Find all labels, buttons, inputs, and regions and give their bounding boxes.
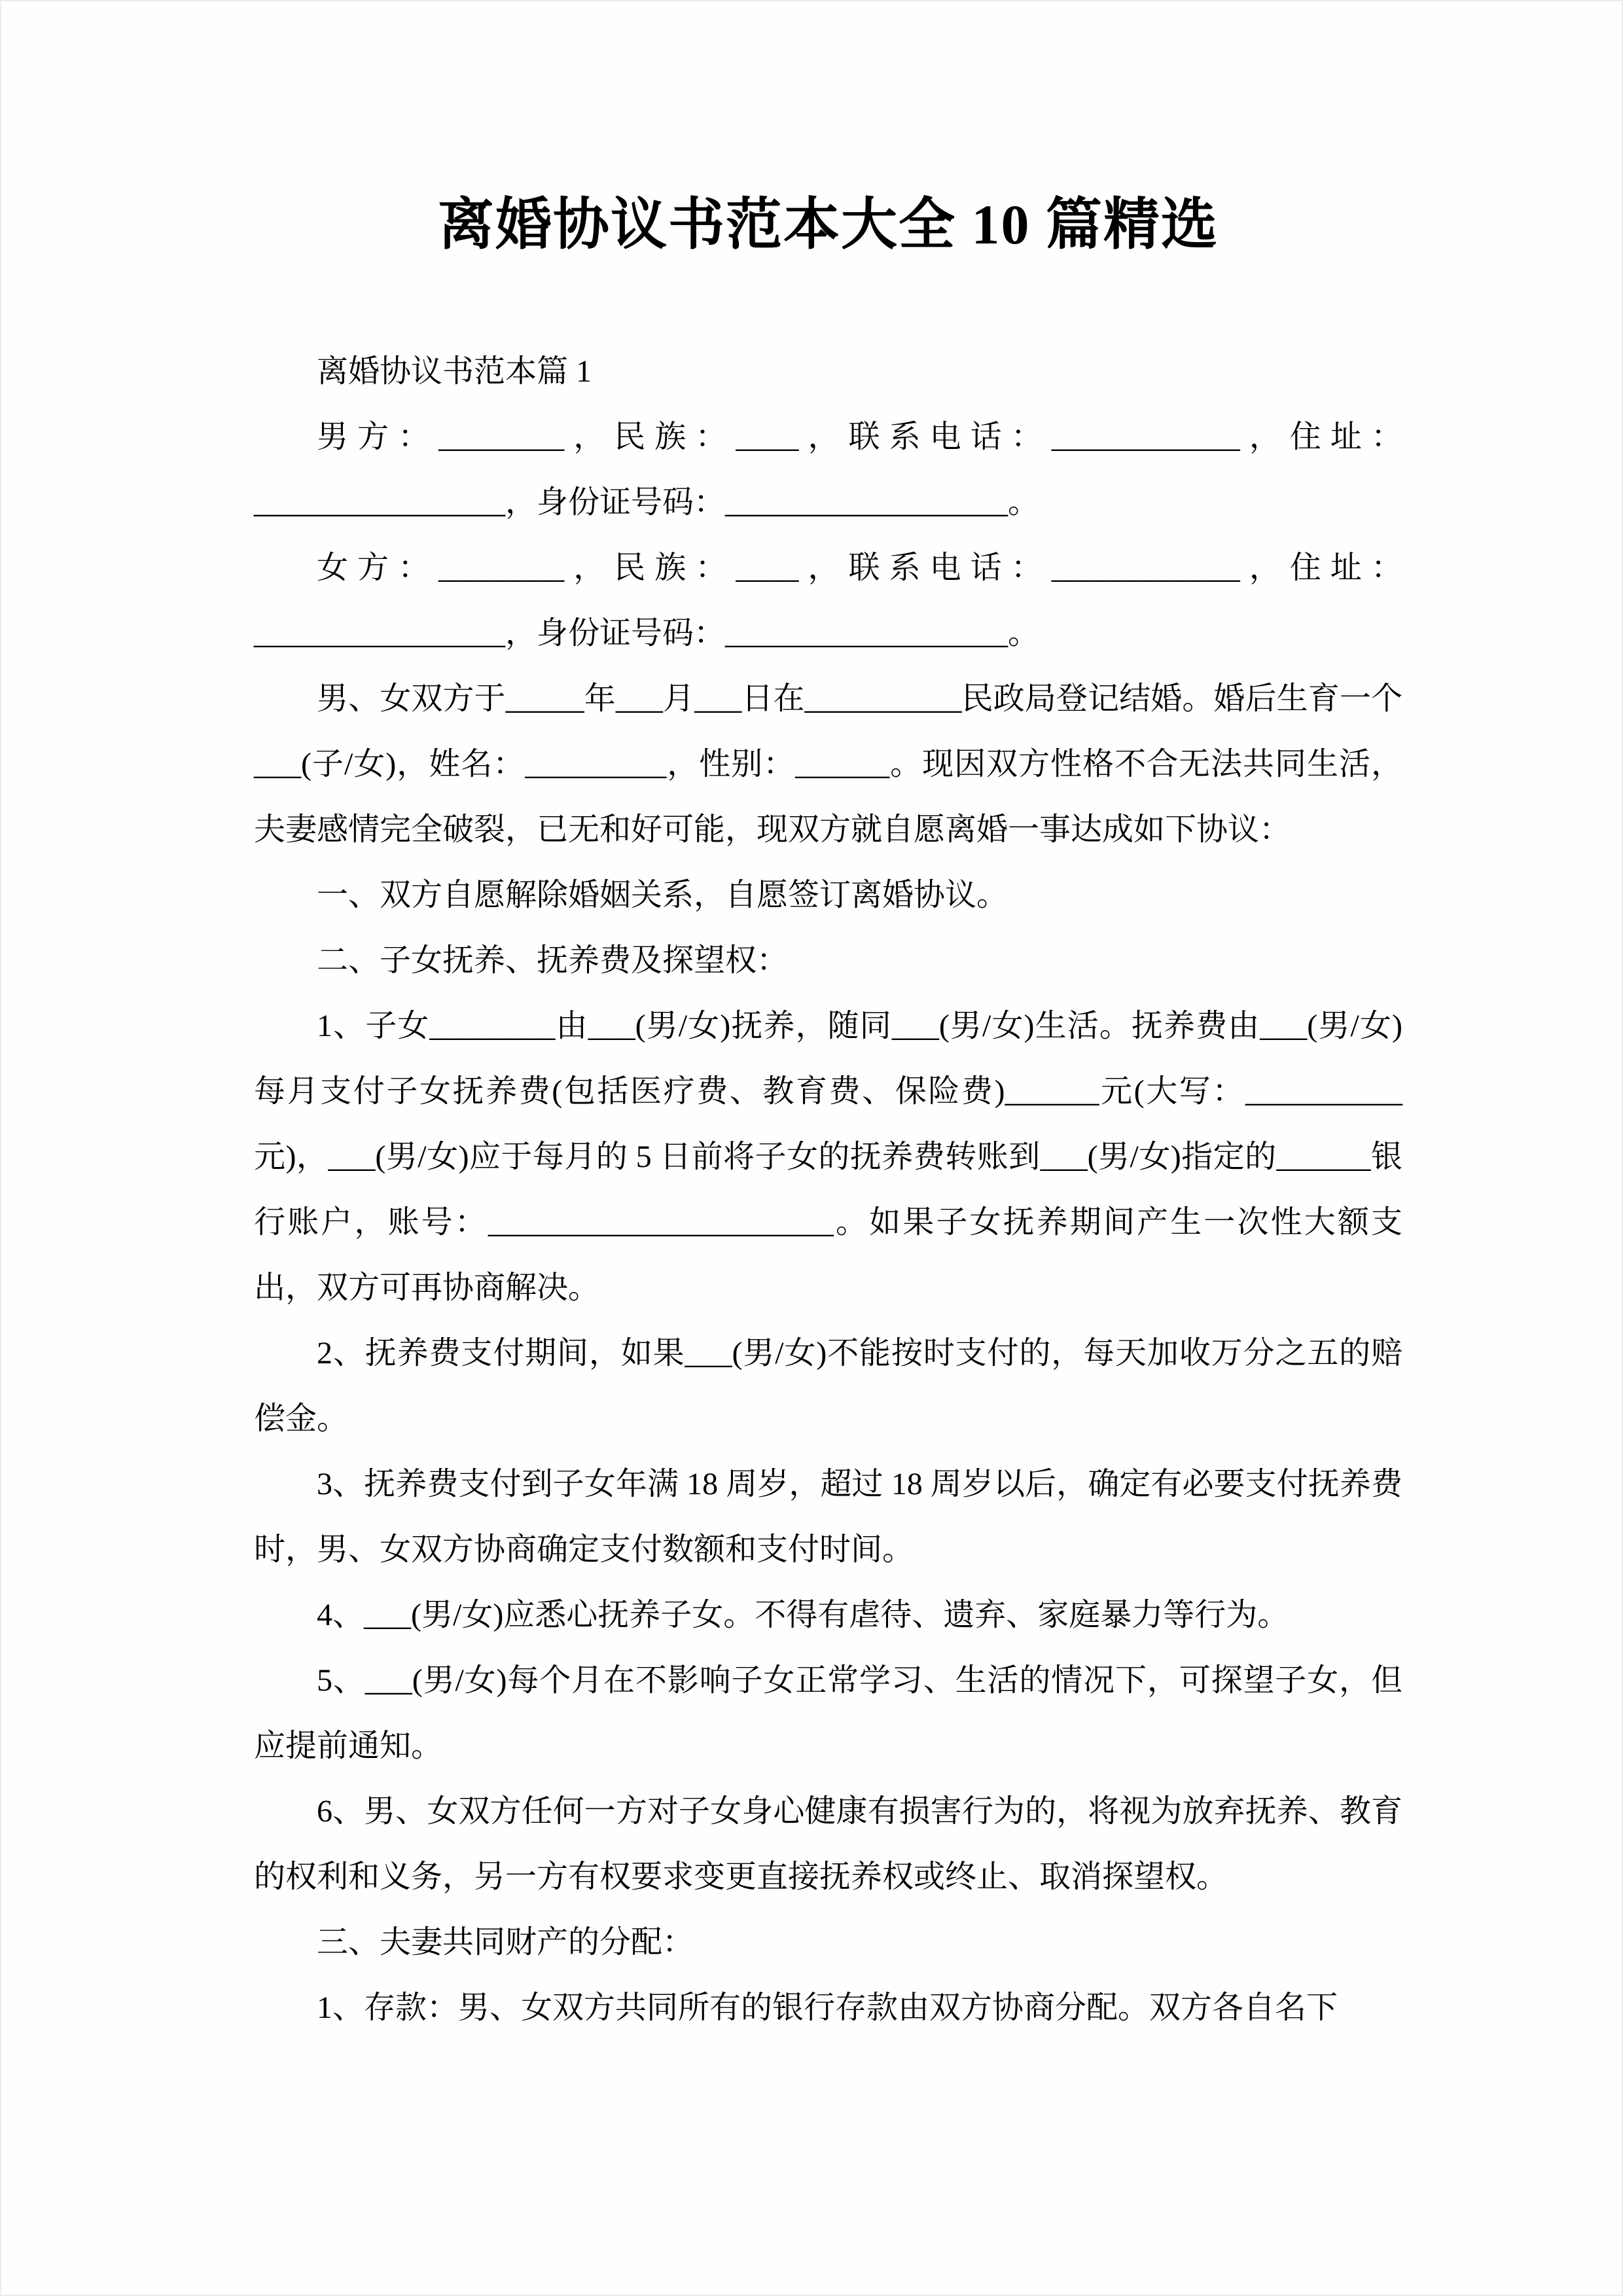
document-content: 离婚协议书范本篇 1 男方：________，民族：____，联系电话：____…: [254, 339, 1402, 2041]
document-body: 离婚协议书范本大全 10 篇精选 离婚协议书范本篇 1 男方：________，…: [254, 0, 1402, 2041]
paragraph-custody-item-2: 2、抚养费支付期间，如果___(男/女)不能按时支付的，每天加收万分之五的赔偿金…: [254, 1321, 1402, 1452]
document-screenshot: { "page": { "background_color": "#fefefe…: [0, 0, 1623, 2296]
paragraph-clause-three-heading: 三、夫妻共同财产的分配：: [254, 1910, 1402, 1975]
document-title: 离婚协议书范本大全 10 篇精选: [254, 185, 1402, 264]
paragraph-custody-item-3: 3、抚养费支付到子女年满 18 周岁，超过 18 周岁以后，确定有必要支付抚养费…: [254, 1452, 1402, 1583]
section-heading: 离婚协议书范本篇 1: [254, 339, 1402, 404]
document-page: 离婚协议书范本大全 10 篇精选 离婚协议书范本篇 1 男方：________，…: [0, 0, 1623, 2296]
paragraph-custody-item-6: 6、男、女双方任何一方对子女身心健康有损害行为的，将视为放弃抚养、教育的权利和义…: [254, 1779, 1402, 1910]
paragraph-clause-two-heading: 二、子女抚养、抚养费及探望权：: [254, 928, 1402, 994]
paragraph-party-female: 女方：________，民族：____，联系电话：____________，住址…: [254, 535, 1402, 666]
paragraph-property-item-1: 1、存款：男、女双方共同所有的银行存款由双方协商分配。双方各自名下: [254, 1975, 1402, 2041]
paragraph-custody-item-4: 4、___(男/女)应悉心抚养子女。不得有虐待、遗弃、家庭暴力等行为。: [254, 1583, 1402, 1648]
paragraph-clause-one: 一、双方自愿解除婚姻关系，自愿签订离婚协议。: [254, 863, 1402, 928]
paragraph-marriage-background: 男、女双方于_____年___月___日在__________民政局登记结婚。婚…: [254, 666, 1402, 863]
paragraph-custody-item-1: 1、子女________由___(男/女)抚养，随同___(男/女)生活。抚养费…: [254, 994, 1402, 1321]
paragraph-party-male: 男方：________，民族：____，联系电话：____________，住址…: [254, 404, 1402, 535]
paragraph-custody-item-5: 5、___(男/女)每个月在不影响子女正常学习、生活的情况下，可探望子女，但应提…: [254, 1648, 1402, 1779]
